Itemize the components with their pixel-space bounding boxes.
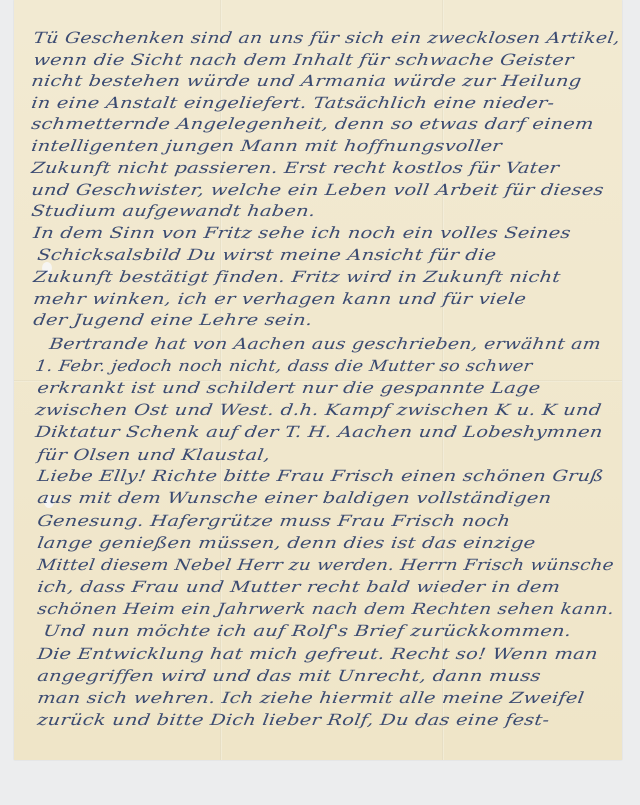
text-line: Liebe Elly! Richte bitte Frau Frisch ein… (36, 466, 605, 486)
text-line: intelligenten jungen Mann mit hoffnungsv… (30, 136, 503, 156)
letter-page: Tü Geschenken sind an uns für sich ein z… (14, 0, 622, 760)
text-line: wenn die Sicht nach dem Inhalt für schwa… (32, 50, 575, 70)
text-line: Studium aufgewandt haben. (30, 201, 317, 221)
text-line: zurück und bitte Dich lieber Rolf, Du da… (36, 710, 551, 730)
text-line: In dem Sinn von Fritz sehe ich noch ein … (32, 223, 572, 243)
text-line: der Jugend eine Lehre sein. (32, 310, 314, 330)
handwritten-text: Tü Geschenken sind an uns für sich ein z… (14, 0, 622, 760)
text-line: mehr winken, ich er verhagen kann und fü… (32, 289, 528, 309)
text-line: Zukunft nicht passieren. Erst recht kost… (30, 158, 561, 178)
text-line: Die Entwicklung hat mich gefreut. Recht … (36, 644, 599, 664)
text-line: Bertrande hat von Aachen aus geschrieben… (48, 334, 602, 354)
text-line: 1. Febr. jedoch noch nicht, dass die Mut… (34, 356, 534, 376)
text-line: lange genießen müssen, denn dies ist das… (36, 533, 537, 553)
text-line: schmetternde Angelegenheit, denn so etwa… (30, 114, 595, 134)
text-line: aus mit dem Wunsche einer baldigen volls… (36, 488, 553, 508)
document-viewer: Tü Geschenken sind an uns für sich ein z… (0, 0, 640, 805)
text-line: zwischen Ost und West. d.h. Kampf zwisch… (34, 400, 603, 420)
text-line: und Geschwister, welche ein Leben voll A… (30, 180, 605, 200)
text-line: für Olsen und Klaustal, (36, 445, 272, 465)
text-line: Schicksalsbild Du wirst meine Ansicht fü… (36, 245, 498, 265)
text-line: nicht bestehen würde und Armania würde z… (30, 71, 583, 91)
text-line: angegriffen wird und das mit Unrecht, da… (36, 666, 542, 686)
text-line: erkrankt ist und schildert nur die gespa… (36, 378, 542, 398)
text-line: Mittel diesem Nebel Herr zu werden. Herr… (36, 555, 615, 575)
text-line: Und nun möchte ich auf Rolf's Brief zurü… (42, 621, 573, 641)
text-line: schönen Heim ein Jahrwerk nach dem Recht… (36, 599, 616, 619)
text-line: Diktatur Schenk auf der T. H. Aachen und… (34, 422, 604, 442)
text-line: Tü Geschenken sind an uns für sich ein z… (32, 28, 621, 48)
text-line: Zukunft bestätigt finden. Fritz wird in … (32, 267, 562, 287)
text-line: Genesung. Hafergrütze muss Frau Frisch n… (36, 511, 512, 531)
text-line: man sich wehren. Ich ziehe hiermit alle … (36, 688, 586, 708)
text-line: in eine Anstalt eingeliefert. Tatsächlic… (30, 93, 556, 113)
text-line: ich, dass Frau und Mutter recht bald wie… (36, 577, 562, 597)
